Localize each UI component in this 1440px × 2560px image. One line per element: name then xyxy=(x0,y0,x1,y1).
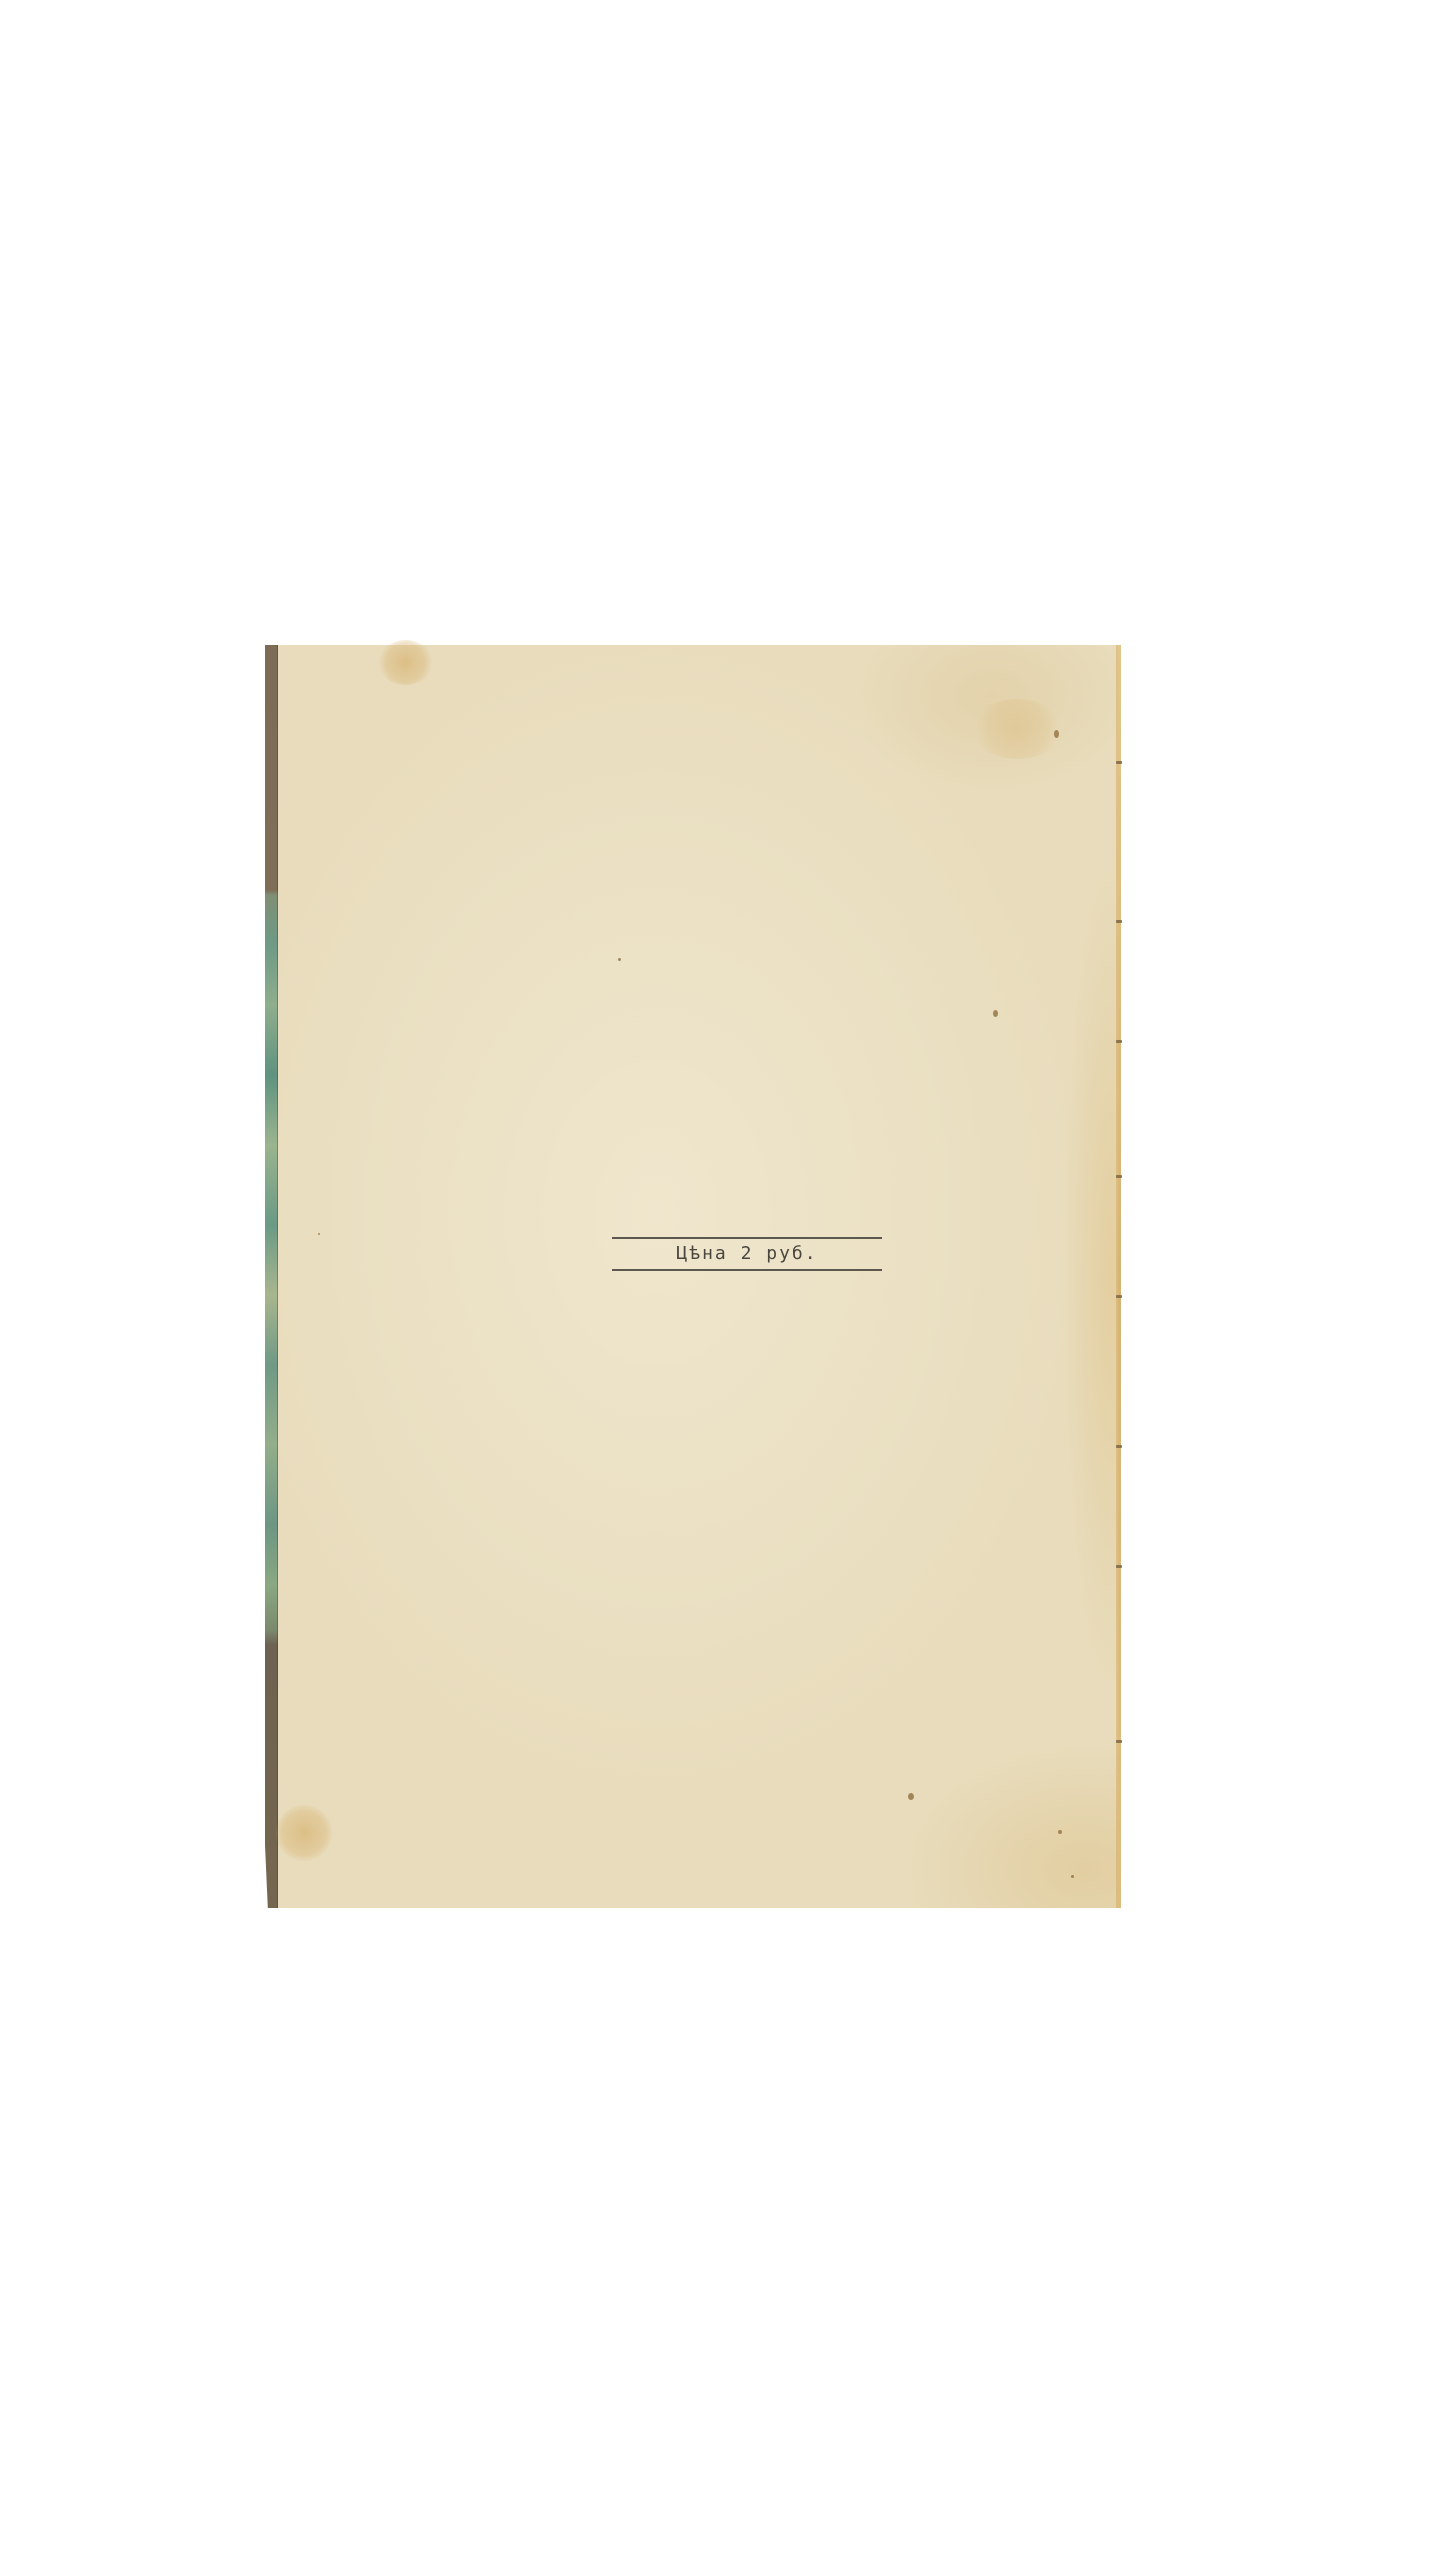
paper-speck xyxy=(318,1233,320,1235)
stitch-mark xyxy=(1116,761,1122,764)
scan-canvas: Цѣна 2 руб. xyxy=(0,0,1440,2560)
paper-stain xyxy=(972,699,1062,759)
stitch-mark xyxy=(1116,920,1122,923)
paper-stain xyxy=(276,1805,332,1861)
price-label: Цѣна 2 руб. xyxy=(612,1236,882,1272)
stitch-mark xyxy=(1116,1175,1122,1178)
paper-speck xyxy=(1054,730,1059,738)
page-right-edge xyxy=(1118,645,1121,1908)
book-binding-strip xyxy=(265,645,279,1908)
paper-speck xyxy=(1058,1830,1062,1834)
price-text: Цѣна 2 руб. xyxy=(612,1244,882,1264)
stitch-mark xyxy=(1116,1445,1122,1448)
stitch-mark xyxy=(1116,1295,1122,1298)
paper-stain xyxy=(378,640,433,685)
price-rule-top xyxy=(612,1237,882,1239)
stitch-mark xyxy=(1116,1565,1122,1568)
stitch-mark xyxy=(1116,1040,1122,1043)
paper-speck xyxy=(1071,1875,1074,1878)
paper-speck xyxy=(993,1010,998,1017)
stitch-mark xyxy=(1116,1740,1122,1743)
paper-speck xyxy=(908,1793,914,1800)
paper-page xyxy=(278,645,1119,1908)
price-rule-bottom xyxy=(612,1269,882,1271)
paper-speck xyxy=(618,958,621,961)
